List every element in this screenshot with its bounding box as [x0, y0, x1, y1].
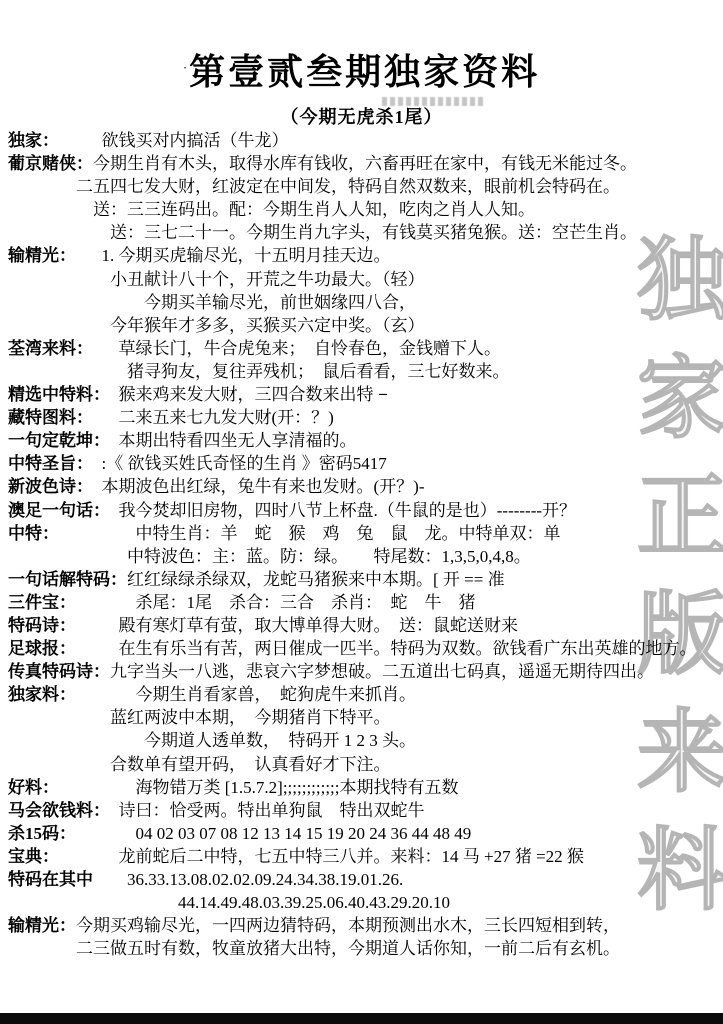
line-label: 独家： — [8, 131, 51, 150]
content-line: 中特： 中特生肖：羊 蛇 猴 鸡 兔 鼠 龙。中特单双：单 — [8, 522, 720, 545]
content-line: 今期道人透单数， 特码开 1 2 3 头。 — [8, 729, 720, 752]
line-label: 特码在其中 — [8, 870, 93, 889]
line-text: 红红绿绿杀绿双，龙蛇马猪猴来中本期。[ 开 == 准 — [127, 570, 505, 589]
line-label: 藏特图料： — [8, 408, 85, 427]
title-mark: · — [183, 60, 187, 75]
page-title: 第壹贰叁期独家资料 — [189, 52, 540, 92]
line-label: 中特圣旨： — [8, 454, 85, 473]
content-line: 合数单有望开码， 认真看好才下注。 — [8, 753, 720, 776]
line-label: 杀15码： — [8, 824, 68, 843]
content-line: 二三做五时有数，牧童放猪大出特，今期道人话你知，一前二后有玄机。 — [8, 937, 720, 960]
line-text: :《 欲钱买姓氏奇怪的生肖 》密码5417 — [85, 454, 387, 473]
line-text: 36.33.13.08.02.02.09.24.34.38.19.01.26. — [93, 870, 403, 889]
line-text: 草绿长门，牛合虎兔来； 自怜春色，金钱赠下人。 — [85, 339, 502, 358]
line-text: 今年猴年才多多，买猴买六定中奖。（玄） — [8, 316, 425, 335]
content-line: 杀15码： 04 02 03 07 08 12 13 14 15 19 20 2… — [8, 822, 720, 845]
line-text: 蓝红两波中本期， 今期猪肖下特平。 — [8, 708, 391, 727]
line-label: 荃湾来料： — [8, 339, 85, 358]
page-subtitle: （今期无虎杀1尾） — [0, 103, 723, 129]
line-text: 今期生肖看家兽， 蛇狗虎牛来抓肖。 — [68, 685, 417, 704]
line-label: 马会欲钱料： — [8, 801, 102, 820]
line-text: 二来五来七九发大财(开：？) — [85, 408, 334, 427]
line-label: 独家料： — [8, 685, 68, 704]
content-line: 特码在其中 36.33.13.08.02.02.09.24.34.38.19.0… — [8, 868, 720, 891]
content-line: 输精光：今期买鸡输尽光，一四两边猜特码，本期预测出水木，三长四短相到转， — [8, 914, 720, 937]
line-text: 今期买羊输尽光，前世姻缘四八合， — [8, 293, 416, 312]
line-text: 殿有寒灯草有萤，取大博单得大财。 送：鼠蛇送财来 — [68, 616, 519, 635]
content-line: 三件宝： 杀尾：1尾 杀合：三合 杀肖： 蛇 牛 猪 — [8, 591, 720, 614]
line-text: 今期道人透单数， 特码开 1 2 3 头。 — [8, 731, 416, 750]
content-line: 中特圣旨： :《 欲钱买姓氏奇怪的生肖 》密码5417 — [8, 452, 720, 475]
line-text: 1. 今期买虎输尽光，十五明月挂天边。 — [68, 246, 391, 265]
line-text: 九字当头一八逃，悲哀六字梦想破。二五道出七码真，遥遥无期待四出。 — [110, 662, 654, 681]
content-line: 传真特码诗：九字当头一八逃，悲哀六字梦想破。二五道出七码真，遥遥无期待四出。 — [8, 660, 720, 683]
line-text: 中特波色：主：蓝。防：绿。 特尾数：1,3,5,0,4,8。 — [8, 547, 531, 566]
line-text: 猪寻狗友，复往弄残机； 鼠后看看，三七好数来。 — [8, 362, 510, 381]
line-label: 足球报： — [8, 639, 68, 658]
content-line: 马会欲钱料： 诗曰：恰受两。特出单狗鼠 特出双蛇牛 — [8, 799, 720, 822]
line-text: 在生有乐当有苦，两日催成一匹半。特码为双数。欲钱看广东出英雄的地方。 — [68, 639, 697, 658]
content-line: 足球报： 在生有乐当有苦，两日催成一匹半。特码为双数。欲钱看广东出英雄的地方。 — [8, 637, 720, 660]
line-text: 送：三三连码出。配：今期生肖人人知，吃肉之肖人人知。 — [8, 200, 535, 219]
content-line: 荃湾来料： 草绿长门，牛合虎兔来； 自怜春色，金钱赠下人。 — [8, 337, 720, 360]
line-label: 传真特码诗： — [8, 662, 110, 681]
content-line: 特码诗： 殿有寒灯草有萤，取大博单得大财。 送：鼠蛇送财来 — [8, 614, 720, 637]
line-text: 本期出特看四坐无人享清福的。 — [102, 431, 357, 450]
content-line: 一句话解特码：红红绿绿杀绿双，龙蛇马猪猴来中本期。[ 开 == 准 — [8, 568, 720, 591]
line-text: 海物错万类 [1.5.7.2];;;;;;;;;;;;本期找特有五数 — [51, 778, 459, 797]
line-text: 欲钱买对内搞活（牛龙） — [51, 131, 289, 150]
content-line: 澳足一句话： 我今焚却旧房物，四时八节上杯盘.（牛鼠的是也）--------开？ — [8, 499, 720, 522]
content-line: 输精光： 1. 今期买虎输尽光，十五明月挂天边。 — [8, 244, 720, 267]
content-line: 二五四七发大财，红波定在中间发，特码自然双数来，眼前机会特码在。 — [8, 175, 720, 198]
line-text: 中特生肖：羊 蛇 猴 鸡 兔 鼠 龙。中特单双：单 — [51, 524, 561, 543]
line-text: 诗曰：恰受两。特出单狗鼠 特出双蛇牛 — [102, 801, 425, 820]
content-line: 好料： 海物错万类 [1.5.7.2];;;;;;;;;;;;本期找特有五数 — [8, 776, 720, 799]
content-line: 送：三七二十一。今期生肖九字头，有钱莫买猪兔猴。送：空芒生肖。 — [8, 221, 720, 244]
content-line: 今年猴年才多多，买猴买六定中奖。（玄） — [8, 314, 720, 337]
content-line: 44.14.49.48.03.39.25.06.40.43.29.20.10 — [8, 891, 720, 914]
line-label: 三件宝： — [8, 593, 68, 612]
content-line: 精选中特料： 猴来鸡来发大财，三四合数来出特 ᝍ — [8, 383, 720, 406]
line-label: 好料： — [8, 778, 51, 797]
content-line: 送：三三连码出。配：今期生肖人人知，吃肉之肖人人知。 — [8, 198, 720, 221]
line-text: 本期波色出红绿，兔牛有来也发财。(开？)- — [85, 477, 425, 496]
content-line: 猪寻狗友，复往弄残机； 鼠后看看，三七好数来。 — [8, 360, 720, 383]
line-label: 精选中特料： — [8, 385, 102, 404]
line-text: 今期生肖有木头，取得水库有钱收，六畜再旺在家中，有钱无米能过冬。 — [93, 154, 637, 173]
line-label: 一句定乾坤： — [8, 431, 102, 450]
line-label: 中特： — [8, 524, 51, 543]
content-line: 中特波色：主：蓝。防：绿。 特尾数：1,3,5,0,4,8。 — [8, 545, 720, 568]
bottom-border-bar — [0, 1013, 723, 1024]
line-text: 猴来鸡来发大财，三四合数来出特 ᝍ — [102, 385, 389, 404]
line-text: 04 02 03 07 08 12 13 14 15 19 20 24 36 4… — [68, 824, 472, 843]
content-line: 蓝红两波中本期， 今期猪肖下特平。 — [8, 706, 720, 729]
line-text: 合数单有望开码， 认真看好才下注。 — [8, 755, 391, 774]
content-line: 葡京赌侠：今期生肖有木头，取得水库有钱收，六畜再旺在家中，有钱无米能过冬。 — [8, 152, 720, 175]
page-title-row: ·第壹贰叁期独家资料 — [0, 44, 723, 95]
line-label: 输精光： — [8, 246, 68, 265]
content-line: 新波色诗： 本期波色出红绿，兔牛有来也发财。(开？)- — [8, 475, 720, 498]
line-text: 龙前蛇后二中特，七五中特三八并。来料：14 马 +27 猪 =22 猴 — [51, 847, 584, 866]
content-line: 独家： 欲钱买对内搞活（牛龙） — [8, 129, 720, 152]
content-line: 藏特图料： 二来五来七九发大财(开：？) — [8, 406, 720, 429]
line-label: 输精光： — [8, 916, 76, 935]
line-text: 我今焚却旧房物，四时八节上杯盘.（牛鼠的是也）--------开？ — [102, 501, 577, 520]
content-line: 独家料： 今期生肖看家兽， 蛇狗虎牛来抓肖。 — [8, 683, 720, 706]
line-label: 宝典： — [8, 847, 51, 866]
line-text: 送：三七二十一。今期生肖九字头，有钱莫买猪兔猴。送：空芒生肖。 — [8, 223, 637, 242]
line-text: 今期买鸡输尽光，一四两边猜特码，本期预测出水木，三长四短相到转， — [76, 916, 620, 935]
tip-sheet-page: ·第壹贰叁期独家资料 （今期无虎杀1尾） 独家： 欲钱买对内搞活（牛龙）葡京赌侠… — [0, 0, 723, 1024]
content-line: 宝典： 龙前蛇后二中特，七五中特三八并。来料：14 马 +27 猪 =22 猴 — [8, 845, 720, 868]
line-text: 44.14.49.48.03.39.25.06.40.43.29.20.10 — [8, 893, 450, 912]
line-label: 特码诗： — [8, 616, 68, 635]
line-text: 二五四七发大财，红波定在中间发，特码自然双数来，眼前机会特码在。 — [8, 177, 620, 196]
line-label: 一句话解特码： — [8, 570, 127, 589]
content-line: 小丑献计八十个，开荒之牛功最大。（轻） — [8, 268, 720, 291]
line-text: 小丑献计八十个，开荒之牛功最大。（轻） — [8, 270, 425, 289]
line-label: 新波色诗： — [8, 477, 85, 496]
line-text: 二三做五时有数，牧童放猪大出特，今期道人话你知，一前二后有玄机。 — [8, 939, 620, 958]
content-line: 今期买羊输尽光，前世姻缘四八合， — [8, 291, 720, 314]
line-label: 葡京赌侠： — [8, 154, 93, 173]
content-line: 一句定乾坤： 本期出特看四坐无人享清福的。 — [8, 429, 720, 452]
line-text: 杀尾：1尾 杀合：三合 杀肖： 蛇 牛 猪 — [68, 593, 476, 612]
content-lines: 独家： 欲钱买对内搞活（牛龙）葡京赌侠：今期生肖有木头，取得水库有钱收，六畜再旺… — [8, 129, 720, 960]
line-label: 澳足一句话： — [8, 501, 102, 520]
